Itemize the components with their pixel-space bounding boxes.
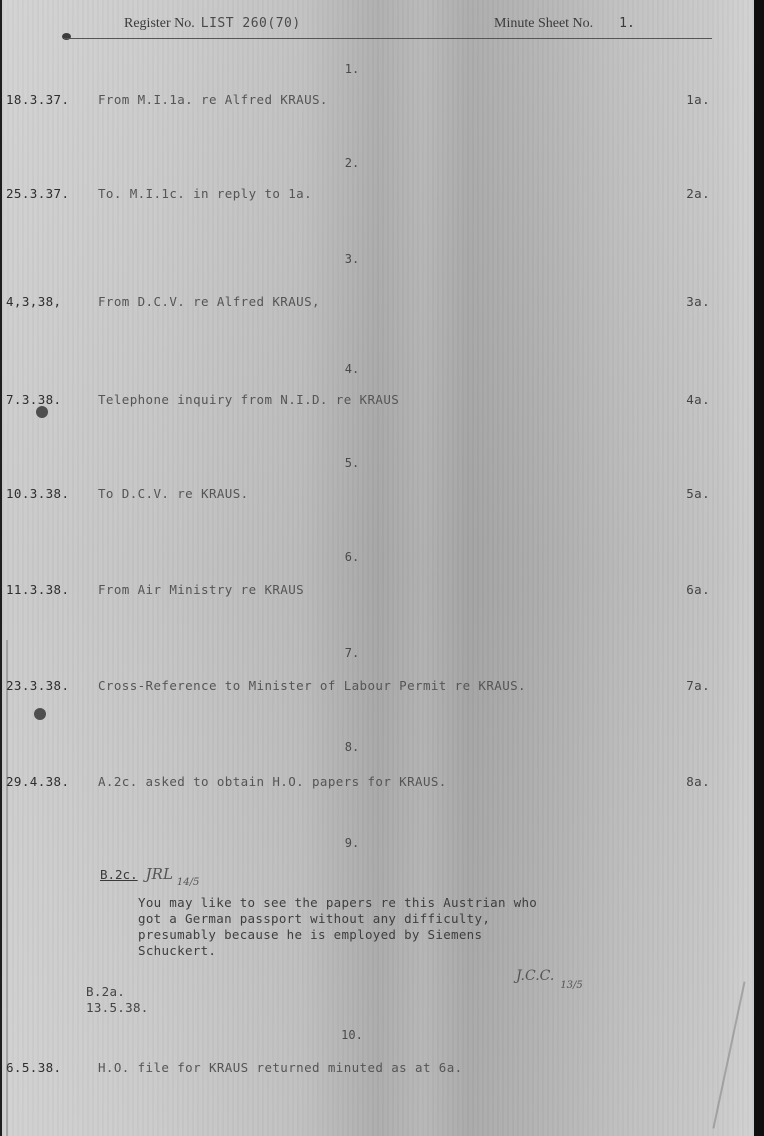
entry-date: 6.5.38.: [6, 1060, 61, 1075]
handwritten-initials: JRL: [146, 865, 173, 883]
minute-memo: B.2c.JRL14/5 You may like to see the pap…: [100, 864, 660, 959]
memo-sender: B.2a. 13.5.38.: [86, 984, 149, 1016]
entry-ref: 1a.: [686, 92, 710, 107]
entry-ref: 7a.: [686, 678, 710, 693]
entry-date: 18.3.37.: [6, 92, 69, 107]
entry-date: 29.4.38.: [6, 774, 69, 789]
entry-row: 23.3.38. Cross-Reference to Minister of …: [2, 678, 712, 696]
register-value: LIST 260(70): [201, 16, 301, 31]
memo-body: You may like to see the papers re this A…: [138, 895, 660, 959]
entry-date: 7.3.38.: [6, 392, 61, 407]
entry-row: 11.3.38. From Air Ministry re KRAUS 6a.: [2, 582, 712, 600]
entry-number: 4.: [2, 362, 702, 376]
entry-ref: 2a.: [686, 186, 710, 201]
entry-description: Cross-Reference to Minister of Labour Pe…: [98, 678, 526, 693]
ink-stain: [36, 406, 48, 418]
signature-date: 13/5: [560, 980, 582, 991]
page-crease: [712, 981, 745, 1128]
entry-row: 4,3,38, From D.C.V. re Alfred KRAUS, 3a.: [2, 294, 712, 312]
minute-sheet-page: Register No.LIST 260(70) Minute Sheet No…: [2, 0, 754, 1136]
entry-ref: 4a.: [686, 392, 710, 407]
entry-row: 29.4.38. A.2c. asked to obtain H.O. pape…: [2, 774, 712, 792]
memo-from: B.2a.: [86, 984, 149, 1000]
entry-row: 6.5.38. H.O. file for KRAUS returned min…: [2, 1060, 712, 1078]
register-number: Register No.LIST 260(70): [124, 16, 301, 32]
entry-row: 10.3.38. To D.C.V. re KRAUS. 5a.: [2, 486, 712, 504]
entry-date: 23.3.38.: [6, 678, 69, 693]
entry-description: To. M.I.1c. in reply to 1a.: [98, 186, 312, 201]
entry-description: Telephone inquiry from N.I.D. re KRAUS: [98, 392, 399, 407]
memo-addressee: B.2c.: [100, 867, 138, 882]
signature-initials: J.C.C.: [516, 968, 554, 984]
entry-date: 25.3.37.: [6, 186, 69, 201]
entry-ref: 3a.: [686, 294, 710, 309]
entry-row: 25.3.37. To. M.I.1c. in reply to 1a. 2a.: [2, 186, 712, 204]
header-rule: [64, 38, 712, 39]
entry-number: 1.: [2, 62, 702, 76]
page-edge-shadow: [754, 0, 764, 1136]
entry-description: From D.C.V. re Alfred KRAUS,: [98, 294, 320, 309]
entry-description: From Air Ministry re KRAUS: [98, 582, 304, 597]
minute-sheet-label: Minute Sheet No.: [494, 16, 593, 31]
memo-signature: J.C.C.13/5: [516, 968, 583, 984]
entry-number: 6.: [2, 550, 702, 564]
entry-date: 4,3,38,: [6, 294, 61, 309]
entry-description: A.2c. asked to obtain H.O. papers for KR…: [98, 774, 447, 789]
entry-number: 7.: [2, 646, 702, 660]
memo-date: 13.5.38.: [86, 1000, 149, 1016]
entry-number: 3.: [2, 252, 702, 266]
entry-row: 7.3.38. Telephone inquiry from N.I.D. re…: [2, 392, 712, 410]
entry-description: From M.I.1a. re Alfred KRAUS.: [98, 92, 328, 107]
ink-stain: [34, 708, 46, 720]
entry-description: H.O. file for KRAUS returned minuted as …: [98, 1060, 463, 1075]
entry-row: 18.3.37. From M.I.1a. re Alfred KRAUS. 1…: [2, 92, 712, 110]
register-label: Register No.: [124, 16, 195, 31]
memo-number: 9.: [2, 836, 702, 850]
page-crease: [6, 640, 8, 1136]
sheet-header: Register No.LIST 260(70) Minute Sheet No…: [2, 14, 754, 38]
entry-date: 10.3.38.: [6, 486, 69, 501]
minute-sheet-value: 1.: [619, 16, 635, 31]
minute-sheet-number: Minute Sheet No.1.: [494, 16, 635, 32]
entry-ref: 5a.: [686, 486, 710, 501]
entry-date: 11.3.38.: [6, 582, 69, 597]
entry-number: 2.: [2, 156, 702, 170]
handwritten-date: 14/5: [177, 877, 199, 888]
entry-number: 10.: [2, 1028, 702, 1042]
entry-ref: 6a.: [686, 582, 710, 597]
entry-number: 5.: [2, 456, 702, 470]
entry-description: To D.C.V. re KRAUS.: [98, 486, 249, 501]
entry-ref: 8a.: [686, 774, 710, 789]
entry-number: 8.: [2, 740, 702, 754]
